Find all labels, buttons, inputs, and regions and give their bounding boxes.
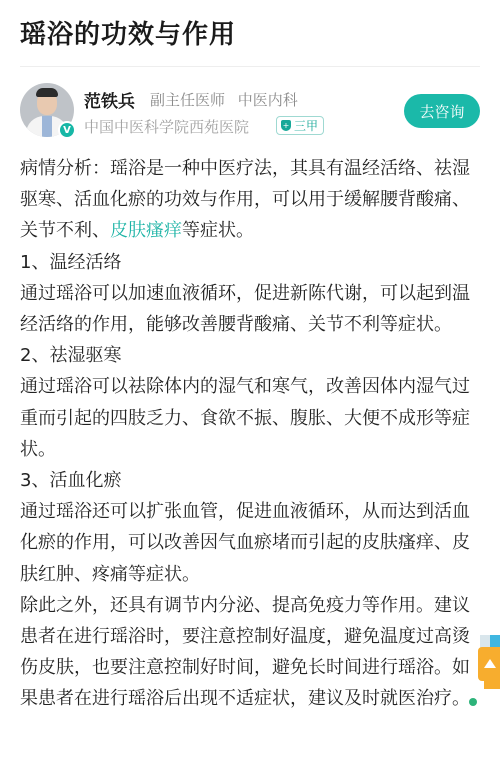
analysis-suffix: 等症状。 xyxy=(182,220,254,241)
floating-gift-widget[interactable] xyxy=(478,635,500,695)
section-heading: 3、活血化瘀 xyxy=(20,465,480,496)
section-body: 通过瑶浴还可以扩张血管，促进血液循环，从而达到活血化瘀的作用，可以改善因气血瘀堵… xyxy=(20,496,480,590)
avatar-hair xyxy=(36,88,58,97)
hospital-name: 中国中医科学院西苑医院 xyxy=(84,116,249,137)
skin-itch-link[interactable]: 皮肤瘙痒 xyxy=(110,220,182,241)
section-heading: 1、温经活络 xyxy=(20,247,480,278)
hospital-rank-label: 三甲 xyxy=(294,117,318,134)
doctor-meta: 副主任医师 中医内科 xyxy=(150,89,298,110)
article-content: 病情分析：瑶浴是一种中医疗法，其具有温经活络、祛湿驱寒、活血化瘀的功效与作用，可… xyxy=(20,153,480,715)
section-body: 通过瑶浴可以加速血液循环，促进新陈代谢，可以起到温经活络的作用，能够改善腰背酸痛… xyxy=(20,278,480,340)
widget-triangle-icon xyxy=(478,647,500,681)
doctor-title: 副主任医师 xyxy=(150,91,225,109)
shield-plus-icon: + xyxy=(281,120,291,131)
doctor-department: 中医内科 xyxy=(238,91,298,109)
doctor-card: V 范铁兵 副主任医师 中医内科 中国中医科学院西苑医院 + 三甲 去咨询 xyxy=(20,83,480,143)
hospital-rank-badge: + 三甲 xyxy=(276,116,324,135)
title-divider xyxy=(20,66,480,67)
section-body: 通过瑶浴可以祛除体内的湿气和寒气，改善因体内湿气过重而引起的四肢乏力、食欲不振、… xyxy=(20,371,480,465)
consult-button[interactable]: 去咨询 xyxy=(404,94,480,128)
page-title: 瑶浴的功效与作用 xyxy=(20,14,236,51)
verified-icon: V xyxy=(58,121,76,139)
article-page: 瑶浴的功效与作用 V 范铁兵 副主任医师 中医内科 中国中医科学院西苑医院 + … xyxy=(0,0,500,773)
avatar-shirt xyxy=(42,116,52,137)
widget-foot xyxy=(484,681,500,689)
section-heading: 2、祛湿驱寒 xyxy=(20,340,480,371)
green-dot-icon xyxy=(469,698,477,706)
doctor-name[interactable]: 范铁兵 xyxy=(84,87,135,112)
analysis-paragraph: 病情分析：瑶浴是一种中医疗法，其具有温经活络、祛湿驱寒、活血化瘀的功效与作用，可… xyxy=(20,153,480,247)
conclusion-paragraph: 除此之外，还具有调节内分泌、提高免疫力等作用。建议患者在进行瑶浴时，要注意控制好… xyxy=(20,590,480,715)
